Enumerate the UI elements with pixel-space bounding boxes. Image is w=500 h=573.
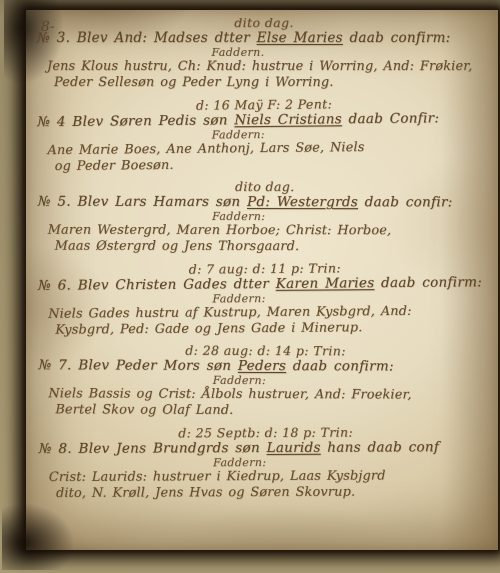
entry-witness-line: Jens Klous hustru, Ch: Knud: hustrue i W… bbox=[47, 59, 491, 74]
entry-child-name: Niels Cristians bbox=[234, 111, 342, 128]
entry-date-heading: dito dag. bbox=[38, 180, 492, 195]
register-entry: dito dag. № 5. Blev Lars Hamars søn Pd: … bbox=[38, 180, 492, 255]
register-entry: d: 25 Septb: d: 18 p: Trin: № 8. Blev Je… bbox=[39, 425, 493, 501]
entry-child-name: Karen Maries bbox=[276, 275, 375, 292]
entry-godparents-label: Faddern: bbox=[13, 456, 467, 470]
entry-witness-line: dito, N. Krøll, Jens Hvas og Søren Skovr… bbox=[56, 483, 493, 500]
entry-godparents-label: Faddern: bbox=[12, 211, 466, 224]
entry-main-pre: № 3. Blev And: Madses dtter bbox=[37, 30, 257, 46]
entry-main-pre: № 6. Blev Christen Gades dtter bbox=[38, 276, 276, 294]
entry-main-pre: № 7. Blev Peder Mors søn bbox=[38, 357, 237, 374]
entry-date-heading: dito dag. bbox=[37, 16, 491, 30]
entry-witness-line: Kysbgrd, Ped: Gade og Jens Gade i Mineru… bbox=[55, 319, 492, 338]
entry-witness-line: Bertel Skov og Olaf Land. bbox=[55, 402, 492, 419]
entry-child-name: Else Maries bbox=[257, 30, 343, 46]
entry-main-line: № 5. Blev Lars Hamars søn Pd: Westergrds… bbox=[38, 194, 492, 212]
register-entry: d: 16 Maÿ F: 2 Pent: № 4 Blev Søren Pedi… bbox=[37, 96, 492, 174]
entry-child-name: Laurids bbox=[267, 440, 321, 456]
entry-main-pre: № 4 Blev Søren Pedis søn bbox=[37, 112, 234, 130]
entry-witness-line: Niels Bassis og Crist: Ålbols hustruer, … bbox=[48, 386, 492, 403]
entry-main-pre: № 5. Blev Lars Hamars søn bbox=[38, 194, 247, 210]
entry-main-line: № 7. Blev Peder Mors søn Peders daab con… bbox=[38, 357, 492, 376]
entry-witness-line: Maren Westergrd, Maren Horboe; Christ: H… bbox=[48, 223, 492, 239]
entry-witness-line: Maas Østergrd og Jens Thorsgaard. bbox=[55, 238, 492, 254]
register-entry: dito dag. № 3. Blev And: Madses dtter El… bbox=[37, 16, 491, 90]
register-entry: d: 7 aug: d: 11 p: Trin: № 6. Blev Chris… bbox=[38, 260, 493, 338]
entry-main-post: daab confirm: bbox=[374, 274, 482, 291]
entry-godparents-label: Faddern: bbox=[12, 374, 466, 388]
entry-main-post: daab confirm: bbox=[286, 358, 394, 374]
entry-main-post: daab Confir: bbox=[342, 110, 439, 127]
entry-child-name: Pd: Westergrds bbox=[247, 194, 358, 210]
entry-main-line: № 3. Blev And: Madses dtter Else Maries … bbox=[37, 30, 491, 47]
entry-main-post: daab confirm: bbox=[343, 30, 451, 46]
handwritten-text-block: 8- dito dag. № 3. Blev And: Madses dtter… bbox=[25, 9, 499, 551]
entry-child-name: Peders bbox=[238, 358, 286, 374]
manuscript-page: 8- dito dag. № 3. Blev And: Madses dtter… bbox=[26, 10, 498, 550]
entry-witness-line: Peder Sellesøn og Peder Lyng i Worring. bbox=[54, 74, 491, 90]
scanned-register-photo: 8- dito dag. № 3. Blev And: Madses dtter… bbox=[0, 0, 500, 573]
entry-main-post: hans daab conf bbox=[321, 439, 440, 456]
entry-main-post: daab confir: bbox=[358, 194, 453, 210]
entry-main-pre: № 8. Blev Jens Brundgrds søn bbox=[39, 440, 267, 457]
register-entry: d: 28 aug: d: 14 p: Trin: № 7. Blev Pede… bbox=[38, 343, 492, 419]
entry-godparents-label: Faddern. bbox=[11, 47, 465, 59]
